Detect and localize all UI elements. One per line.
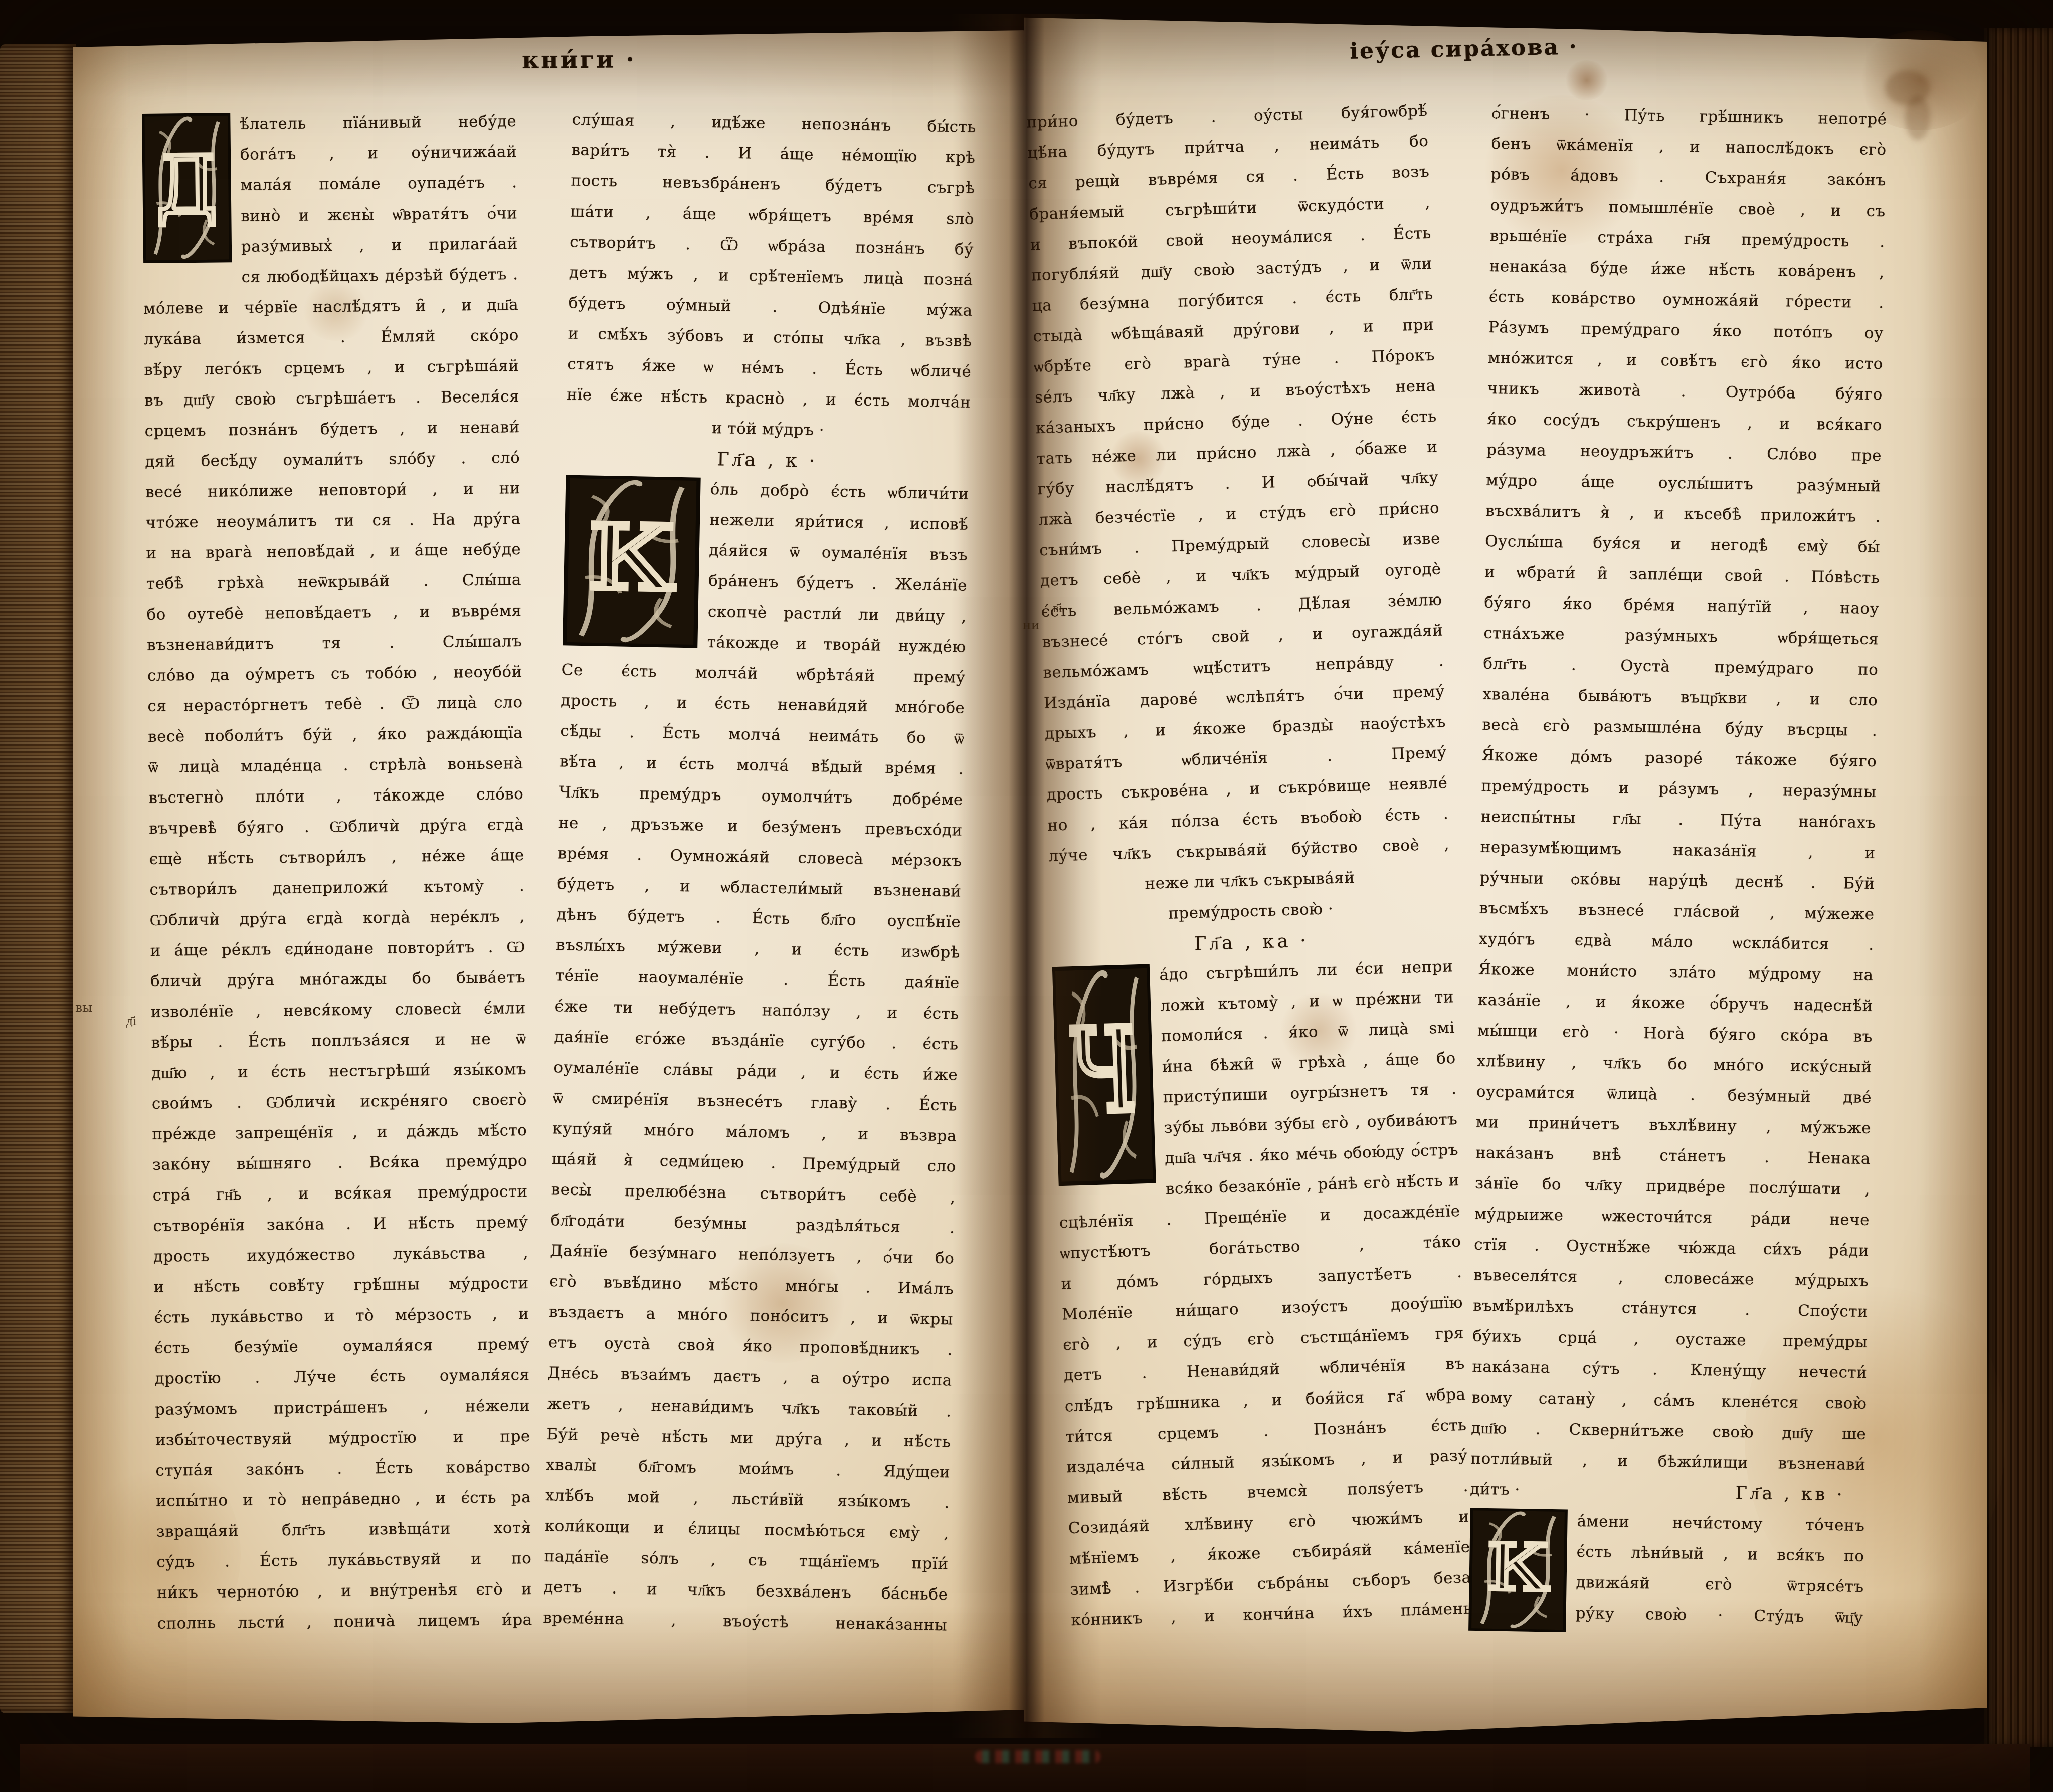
text-line: є́сть лука́вьство и то̀ ме́рзость , и <box>154 1299 529 1333</box>
text-line: вѣ́ру лего́къ срцемъ , и съгрѣша́яй <box>144 351 519 385</box>
woodcut-initial-art: Д <box>141 112 232 264</box>
text-line: ся нерасто́ргнетъ тебѐ . Ѿ лица̀ сло <box>147 687 523 722</box>
marginal-note: вы <box>75 1000 92 1015</box>
text-line: ѣ́латель пїа́нивый небу́де <box>240 106 517 140</box>
text-line: възненави́дитъ тя . Слы́шалъ <box>147 626 522 661</box>
text-column-right-2: ѻ́гненъ · Пу́ть грѣ́шникъ непотре́бенъ ѿ… <box>1468 98 1887 1640</box>
text-line: разу́мивых̾ , и прилага́ай <box>241 229 518 262</box>
text-line: є́сть лѣни́вый , и вся́къ по <box>1576 1537 1864 1572</box>
text-line: вѣ́ры . Е́сть поплъза́яся и не ѿ <box>151 1024 526 1058</box>
text-line: въстегно̀ пло́ти , та́кожде сло́во <box>148 779 524 814</box>
woodcut-initial-К: К <box>1468 1508 1568 1633</box>
text-line: дростїю . Лу́че є́сть оумаля́яся <box>154 1360 530 1395</box>
text-line: весѐ поболи́тъ бу́й , я́ко ражда́ющїа <box>148 718 523 752</box>
text-line: изволе́нїе , невся́кому словесѝ є́мли <box>151 993 526 1028</box>
text-line: єщѐ нѣ́сть сътвори́лъ , не́же а́ще <box>149 840 524 875</box>
woodcut-initial-Д: Д <box>141 112 232 264</box>
text-line: дш҃ю , и є́сть нестъгрѣши́ язы́комъ <box>151 1054 527 1089</box>
text-line: мала́я пома́ле оупаде́тъ . <box>240 167 517 201</box>
text-line: сло́во да оу́мретъ съ тобо́ю , неоубо́й <box>147 657 523 691</box>
text-line: лука́ва и́змется . Е́мляй ско́ро <box>144 320 519 355</box>
page-block-edge-left <box>0 44 76 1713</box>
text-line: дяй бесѣ́ду оумали́тъ ѕло́бу . сло́ <box>145 443 520 477</box>
woodcut-initial-Ч: Ч <box>1052 963 1157 1187</box>
marginal-note: д҃і <box>126 1014 137 1029</box>
text-line: мо́леве и че́рвїе наслѣ́дятъ и̑ , и дш҃а <box>143 290 519 324</box>
text-line: дрость ихудо́жество лука́вьства , <box>153 1238 529 1272</box>
text-column-left-1: Дѣ́латель пїа́нивый небу́дебога́тъ , и о… <box>141 106 532 1639</box>
text-line: ру́ку свою̀ · Сту́дъ ѿц҃у <box>1575 1598 1863 1633</box>
text-line: вино̀ и жєны̀ ѡ̑вратя́тъ ѻ́чи <box>241 198 518 232</box>
text-column-left-2: слу́шая , идѣ́же непозна́нъ бы́стьвари́т… <box>543 105 976 1641</box>
running-head-left: кни́ги · <box>429 45 729 75</box>
text-line: тебѣ̀ грѣха̀ неѿкрыва́й . Слы́ша <box>146 565 522 600</box>
svg-text:К: К <box>1485 1530 1551 1606</box>
text-column-right-1: при́но бу́детъ . оу́сты буя́гоѡбрѣ́цѣ́на… <box>1026 96 1472 1636</box>
text-line: скопчѐ растли́ ли дви́цу , <box>707 596 967 632</box>
text-line: что́же неоума́литъ ти ся . На дру́га <box>145 504 521 538</box>
svg-text:Ч: Ч <box>1070 1003 1138 1139</box>
text-line: испы́тно и то̀ непра́ведно , и є́сть ра <box>156 1482 531 1517</box>
text-line: и нѣ́сть совѣ́ту грѣ́шны му́дрости <box>153 1268 529 1303</box>
svg-text:Д: Д <box>155 139 218 232</box>
book-photo: кни́ги · іеу́са сира́хова · Дѣ́латель пї… <box>0 0 2053 1792</box>
text-line: стра́ гн҃ь , и вся́кая прему́дрости <box>152 1176 528 1211</box>
text-line: ди́тъ ·Гл҃а , кв · <box>1470 1474 1865 1511</box>
woodcut-initial-art: К <box>562 474 702 648</box>
woodcut-initial-art: К <box>1468 1508 1568 1633</box>
text-line: ступа́я зако́нъ . Е́сть кова́рство <box>155 1452 531 1486</box>
text-line: въ дш҃у свою̀ съгрѣша́етъ . Веселя́ся <box>144 381 520 416</box>
text-line: весе́ нико́лиже неповтори́ , и ни <box>145 473 521 508</box>
text-line: зако́ну вы́шняго . Вся́ка прему́дро <box>152 1146 528 1180</box>
text-line: бога́тъ , и оу́ничижа́ай <box>240 137 517 170</box>
text-line: сполнь льсти́ , понича̀ лицемъ и́ра <box>157 1605 532 1639</box>
text-line: свои́мъ . Ѡбличѝ искре́няго своєго̀ <box>151 1085 527 1119</box>
text-line-fragment: ди́тъ · <box>1470 1474 1520 1506</box>
text-line: сътвори́лъ данеприложи́ кътому̀ . <box>149 871 525 905</box>
text-line: звраща́яй блг҃ть извѣща́ти хотя̀ <box>156 1513 531 1547</box>
svg-text:К: К <box>586 505 677 612</box>
text-line: а́мени нечи́стому то́ченъ <box>1577 1506 1865 1541</box>
text-line: о́ль добро̀ є́сть ѡбличи́ти <box>710 474 969 510</box>
text-line: нежели яри́тися , исповѣ́ <box>709 505 969 540</box>
text-line: та́кожде и твора́й нужде́ю су́дбы . <box>707 627 966 663</box>
text-line: пре́жде запреще́нїя , и да́ждь мѣ́сто <box>152 1115 527 1150</box>
text-line: срцемъ позна́нъ бу́детъ , и ненави́ <box>144 412 520 447</box>
text-line: разу́момъ пристра́шенъ , не́жели <box>155 1390 530 1425</box>
text-line: бличѝ дру́га мно́гажды бо быва́етъ <box>150 962 526 997</box>
text-line: бра́ненъ бу́детъ . Жела́нїе <box>708 566 968 602</box>
text-line: ся любодѣ́йцахъ де́рзѣй бу́детъ . <box>241 259 518 293</box>
text-line: су́дъ . Е́сть лука́вьствуяй и по <box>156 1543 532 1578</box>
chapter-heading: Гл҃а , кв · <box>1735 1478 1865 1511</box>
text-line: ѿ лица̀ младе́нца . стрѣла̀ воньѕена̀ <box>148 748 523 783</box>
text-line: є́сть безу́мїе оумаля́яся прему́ <box>154 1329 530 1364</box>
text-line: въчревѣ̀ бу́яго . Ѡбличѝ дру́га єгда̀ <box>149 810 524 844</box>
woodcut-initial-К: К <box>562 474 702 648</box>
text-line: да́яйся ѿ оумале́нїя възъ <box>709 535 968 571</box>
text-line: и на врага̀ неповѣ́дай , и а́ще небу́де <box>146 534 521 569</box>
woodcut-initial-art: Ч <box>1052 963 1157 1187</box>
headband <box>975 1750 1100 1763</box>
text-line: и а́ще ре́клъ єди́нодане повтори́тъ . Ѡ <box>150 932 525 966</box>
page-block-edge-right <box>1984 28 2053 1747</box>
text-line: избы́точествуяй му́дростїю и пре <box>155 1421 531 1456</box>
text-line: движа́яй єго̀ ѿтрясе́тъ <box>1576 1567 1864 1603</box>
marginal-note: в҃і <box>1053 601 1063 616</box>
text-line: потли́вый , и бѣжи́лищи възненави́ <box>1470 1444 1866 1480</box>
text-line: сътворе́нїя зако́на . И нѣ́сть прему́ <box>153 1207 528 1242</box>
marginal-note: ни <box>1023 618 1039 632</box>
text-line: ни́къ черното́ю , и вну́тренѣя єго̀ и <box>157 1574 532 1609</box>
text-line: Ѡбличѝ дру́га єгда̀ когда̀ нере́клъ , <box>150 901 525 936</box>
text-line: бо оутебѐ неповѣ́даетъ , и въвре́мя <box>146 595 522 630</box>
